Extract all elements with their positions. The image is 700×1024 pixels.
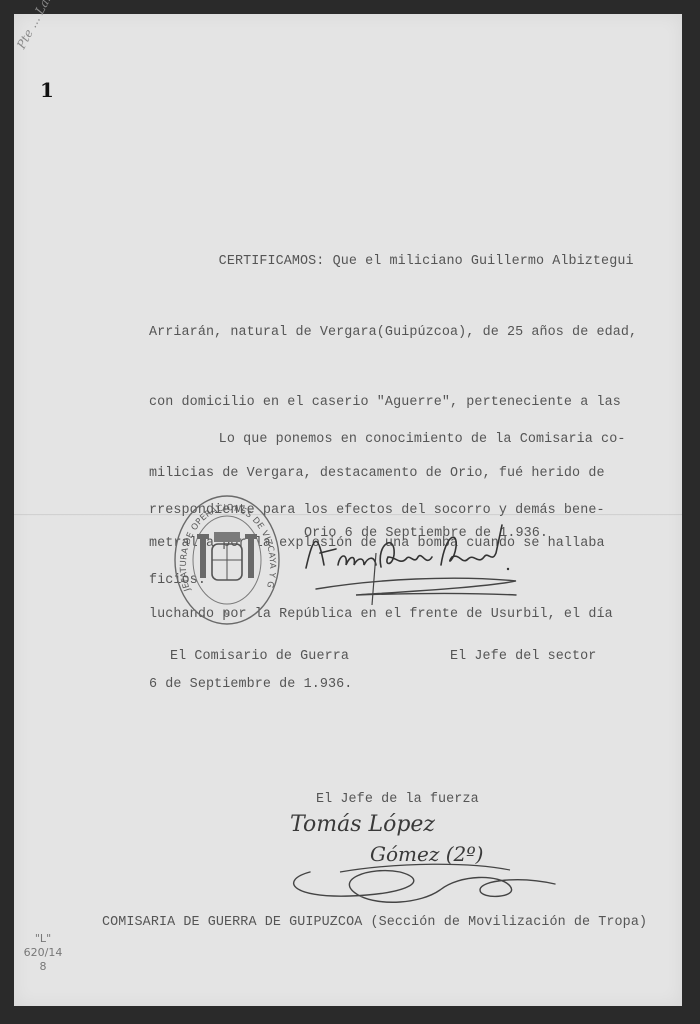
archive-mark-number: 8 — [18, 960, 68, 974]
signature-flourish — [270, 800, 570, 910]
label-jefe-del-sector: El Jefe del sector — [450, 645, 596, 669]
official-stamp-icon: JEFATURA DE OPERACIONES DE VIZCAYA Y GUI… — [172, 494, 282, 626]
text-line: Lo que ponemos en conocimiento de la Com… — [178, 428, 625, 452]
archive-mark-reference: 620/14 — [18, 946, 68, 960]
signature-comisario — [296, 513, 526, 608]
archive-mark-letter: "L" — [18, 932, 68, 946]
text-line: Arriarán, natural de Vergara(Guipúzcoa),… — [149, 321, 637, 345]
text-line: 6 de Septiembre de 1.936. — [149, 673, 637, 697]
archive-marks: "L" 620/14 8 — [18, 932, 68, 974]
footer-heading: COMISARIA DE GUERRA DE GUIPUZCOA (Secció… — [102, 911, 647, 935]
svg-text:M: M — [224, 610, 230, 618]
page-marker: 1 — [40, 78, 54, 102]
text-line: CERTIFICAMOS: Que el miliciano Guillermo… — [178, 250, 637, 274]
label-comisario-de-guerra: El Comisario de Guerra — [170, 645, 349, 669]
